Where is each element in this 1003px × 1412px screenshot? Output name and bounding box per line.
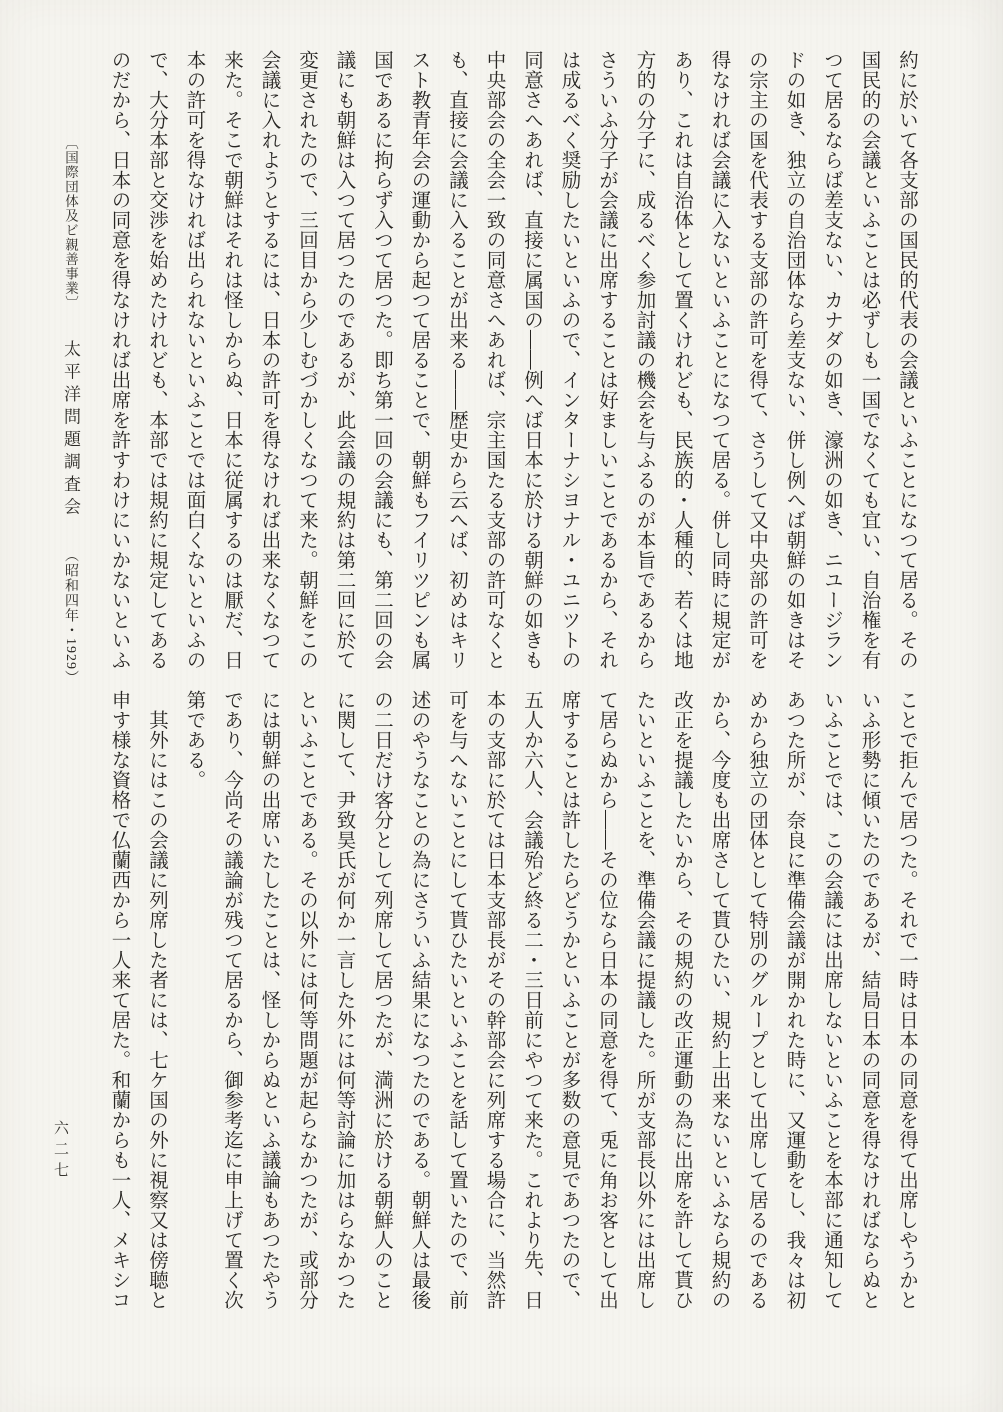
text-column: であり、今尚その議論が残つて居るから、御参考迄に申上げて置く次	[213, 690, 251, 1370]
text-column: は成るべく奨励したいといふので、インターナシヨナル・ユニツトの	[550, 50, 588, 730]
text-column: 同意さへあれば、直接に属国の——例へば日本に於ける朝鮮の如きも	[513, 50, 551, 730]
text-column: 国民的の会議といふことは必ずしも一国でなくても宜い、自治権を有	[850, 50, 888, 730]
text-column: も、直接に会議に入ることが出来る——歴史から云へば、初めはキリ	[438, 50, 476, 730]
top-text-block: 約に於いて各支部の国民的代表の会議といふことになつて居る。その国民的の会議といふ…	[49, 50, 925, 730]
section-category-label: 〔国際団体及ビ親善事業〕	[63, 136, 78, 310]
text-column: あり、これは自治体として置くけれども、民族的・人種的、若くは地	[663, 50, 701, 730]
section-title: 太平洋問題調査会	[61, 340, 80, 520]
text-column: 中央部会の全会一致の同意さへあれば、宗主国たる支部の許可なくと	[475, 50, 513, 730]
text-column: には朝鮮の出席いたしたことは、怪しからぬといふ議論もあつたやう	[250, 690, 288, 1370]
text-column: 本の支部に於ては日本支部長がその幹部会に列席する場合に、当然許	[475, 690, 513, 1370]
text-column: 申す様な資格で仏蘭西から一人来て居た。和蘭からも一人、メキシコ	[100, 690, 138, 1370]
text-column: たいといふことを、準備会議に提議した。所が支部長以外には出席し	[625, 690, 663, 1370]
page-number: 六二七	[50, 1120, 71, 1183]
text-column: 改正を提議したいから、その規約の改正運動の為に出席を許して貰ひ	[663, 690, 701, 1370]
text-column: 第である。	[175, 690, 213, 1370]
text-column: 国であるに拘らず入つて居つた。即ち第一回の会議にも、第二回の会	[363, 50, 401, 730]
section-header: 〔国際団体及ビ親善事業〕 太平洋問題調査会 （昭和四年・1929）	[49, 50, 91, 730]
text-column: いふ形勢に傾いたのであるが、結局日本の同意を得なければならぬと	[850, 690, 888, 1370]
text-column: つて居るならば差支ない、カナダの如き、濠洲の如き、ニユージラン	[813, 50, 851, 730]
bottom-text-block: ことで拒んで居つた。それで一時は日本の同意を得て出席しやうかといふ形勢に傾いたの…	[100, 690, 925, 1370]
text-column: 席することは許したらどうかといふことが多数の意見であつたので、	[550, 690, 588, 1370]
text-column: の宗主の国を代表する支部の許可を得て、さうして又中央部の許可を	[738, 50, 776, 730]
section-date: （昭和四年・1929）	[63, 548, 78, 685]
text-column: で、大分本部と交渉を始めたけれども、本部では規約に規定してある	[138, 50, 176, 730]
text-column: スト教青年会の運動から起つて居ることで、朝鮮もフイリツピンも属	[400, 50, 438, 730]
text-column: 会議に入れようとするには、日本の許可を得なければ出来なくなつて	[250, 50, 288, 730]
text-column: めから独立の団体として特別のグループとして出席して居るのである	[738, 690, 776, 1370]
text-column: 其外にはこの会議に列席した者には、七ケ国の外に視察又は傍聴と	[138, 690, 176, 1370]
text-column: あつた所が、奈良に準備会議が開かれた時に、又運動をし、我々は初	[775, 690, 813, 1370]
text-column: ことで拒んで居つた。それで一時は日本の同意を得て出席しやうかと	[888, 690, 926, 1370]
text-column: 議にも朝鮮は入つて居つたのであるが、此会議の規約は第二回に於て	[325, 50, 363, 730]
text-column: 得なければ会議に入ないといふことになつて居る。併し同時に規定が	[700, 50, 738, 730]
text-column: 変更されたので、三回目から少しむづかしくなつて来た。朝鮮をこの	[288, 50, 326, 730]
text-column: いふことでは、この会議には出席しないといふことを本部に通知して	[813, 690, 851, 1370]
text-column: 五人か六人、会議殆ど終る二・三日前にやつて来た。これより先、日	[513, 690, 551, 1370]
text-column: 本の許可を得なければ出られないといふことでは面白くないといふの	[175, 50, 213, 730]
text-column: 方的の分子に、成るべく参加討議の機会を与ふるのが本旨であるから	[625, 50, 663, 730]
text-column: ドの如き、独立の自治団体なら差支ない、併し例へば朝鮮の如きはそ	[775, 50, 813, 730]
text-column: 来た。そこで朝鮮はそれは怪しからぬ、日本に従属するのは厭だ、日	[213, 50, 251, 730]
text-column: 述のやうなことの為にさういふ結果になつたのである。朝鮮人は最後	[400, 690, 438, 1370]
text-column: のだから、日本の同意を得なければ出席を許すわけにいかないといふ	[100, 50, 138, 730]
text-column: さういふ分子が会議に出席することは好ましいことであるから、それ	[588, 50, 626, 730]
text-column: て居らぬから——その位なら日本の同意を得て、兎に角お客として出	[588, 690, 626, 1370]
text-column: から、今度も出席さして貰ひたい、規約上出来ないといふなら規約の	[700, 690, 738, 1370]
text-column: の二日だけ客分として列席して居つたが、満洲に於ける朝鮮人のこと	[363, 690, 401, 1370]
document-page: 約に於いて各支部の国民的代表の会議といふことになつて居る。その国民的の会議といふ…	[0, 0, 1003, 1412]
text-column: といふことである。その以外には何等問題が起らなかつたが、或部分	[288, 690, 326, 1370]
text-column: 約に於いて各支部の国民的代表の会議といふことになつて居る。その	[888, 50, 926, 730]
text-column: 可を与へないことにして貰ひたいといふことを話して置いたので、前	[438, 690, 476, 1370]
text-column: に関して、尹致昊氏が何か一言した外には何等討論に加はらなかつた	[325, 690, 363, 1370]
